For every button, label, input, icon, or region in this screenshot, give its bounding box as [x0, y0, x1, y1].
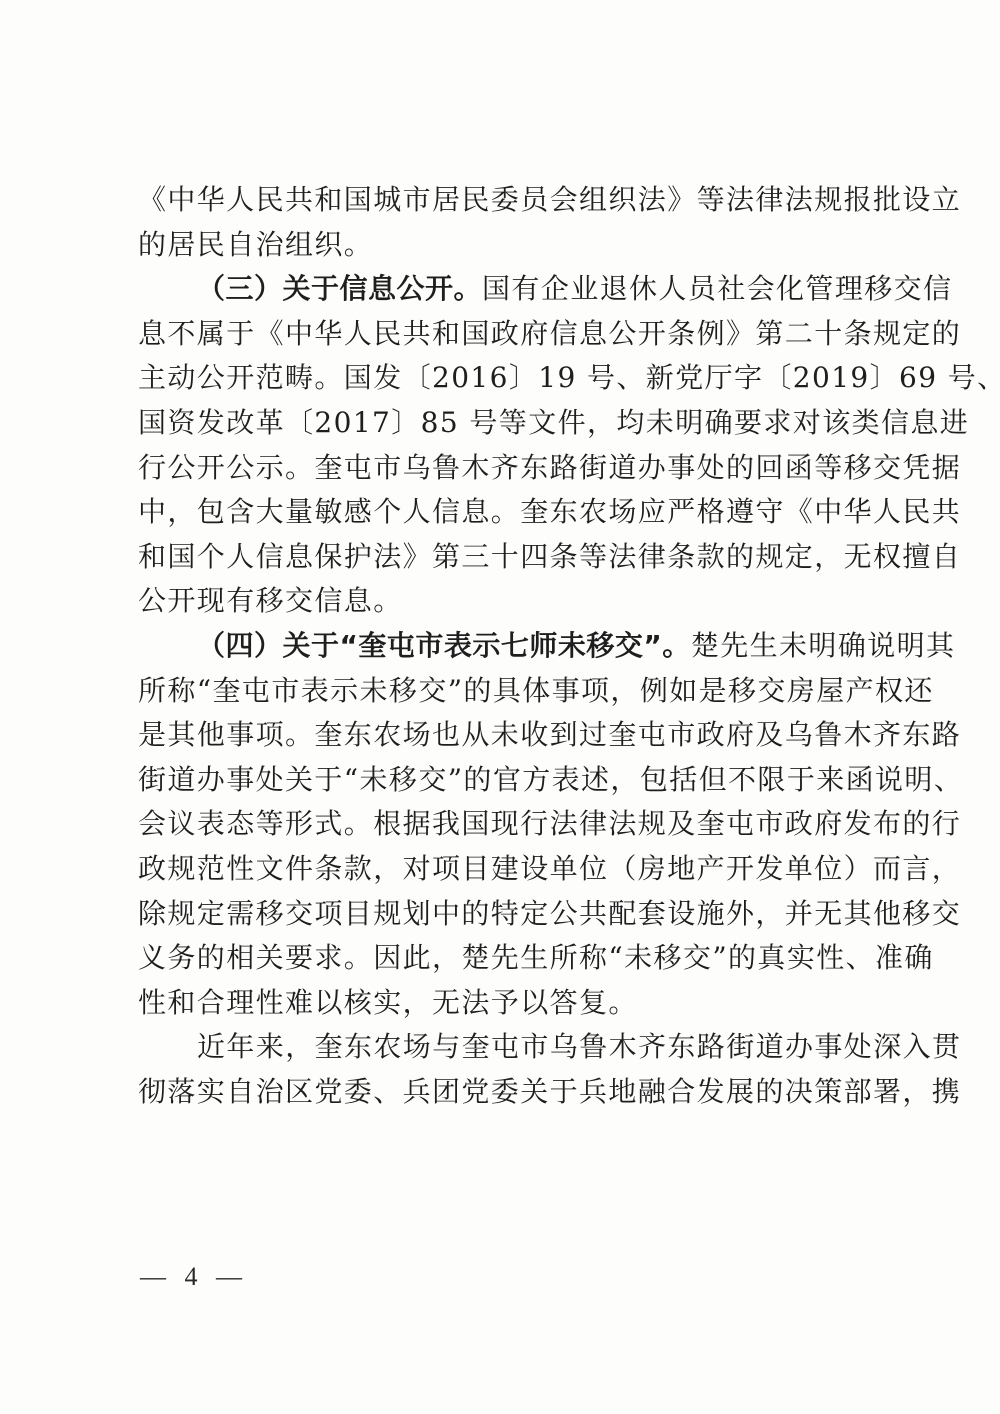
text-line: 是其他事项。奎东农场也从未收到过奎屯市政府及乌鲁木齐东路	[138, 713, 878, 758]
text-line: 行公开公示。奎屯市乌鲁木齐东路街道办事处的回函等移交凭据	[138, 446, 878, 491]
section-4-first-line: （四）关于“奎屯市表示七师未移交”。楚先生未明确说明其	[138, 624, 878, 669]
text-line: 中，包含大量敏感个人信息。奎东农场应严格遵守《中华人民共	[138, 490, 878, 535]
text-line: 近年来，奎东农场与奎屯市乌鲁木齐东路街道办事处深入贯	[138, 1025, 878, 1070]
text-line: 公开现有移交信息。	[138, 579, 878, 624]
section-3-first-line: （三）关于信息公开。国有企业退休人员社会化管理移交信	[138, 267, 878, 312]
text-span: 楚先生未明确说明其	[691, 629, 956, 662]
text-line: 国资发改革〔2017〕85 号等文件，均未明确要求对该类信息进	[138, 401, 878, 446]
text-line: 街道办事处关于“未移交”的官方表述，包括但不限于来函说明、	[138, 758, 878, 803]
text-line: 彻落实自治区党委、兵团党委关于兵地融合发展的决策部署，携	[138, 1070, 878, 1115]
text-line: 所称“奎屯市表示未移交”的具体事项，例如是移交房屋产权还	[138, 669, 878, 714]
text-line: 会议表态等形式。根据我国现行法律法规及奎屯市政府发布的行	[138, 802, 878, 847]
section-heading-info-disclosure: （三）关于信息公开。	[197, 272, 482, 305]
document-page: 《中华人民共和国城市居民委员会组织法》等法律法规报批设立 的居民自治组织。 （三…	[138, 178, 878, 1114]
text-line: 的居民自治组织。	[138, 223, 878, 268]
text-line: 主动公开范畴。国发〔2016〕19 号、新党厅字〔2019〕69 号、	[138, 356, 878, 401]
section-heading-not-transferred: （四）关于“奎屯市表示七师未移交”。	[197, 629, 691, 662]
text-line: 和国个人信息保护法》第三十四条等法律条款的规定，无权擅自	[138, 535, 878, 580]
text-span: 国有企业退休人员社会化管理移交信	[482, 272, 952, 305]
text-line: 《中华人民共和国城市居民委员会组织法》等法律法规报批设立	[138, 178, 878, 223]
text-line: 除规定需移交项目规划中的特定公共配套设施外，并无其他移交	[138, 892, 878, 937]
page-number: — 4 —	[140, 1262, 248, 1292]
text-line: 息不属于《中华人民共和国政府信息公开条例》第二十条规定的	[138, 312, 878, 357]
text-line: 性和合理性难以核实，无法予以答复。	[138, 981, 878, 1026]
text-line: 义务的相关要求。因此，楚先生所称“未移交”的真实性、准确	[138, 936, 878, 981]
text-line: 政规范性文件条款，对项目建设单位（房地产开发单位）而言，	[138, 847, 878, 892]
